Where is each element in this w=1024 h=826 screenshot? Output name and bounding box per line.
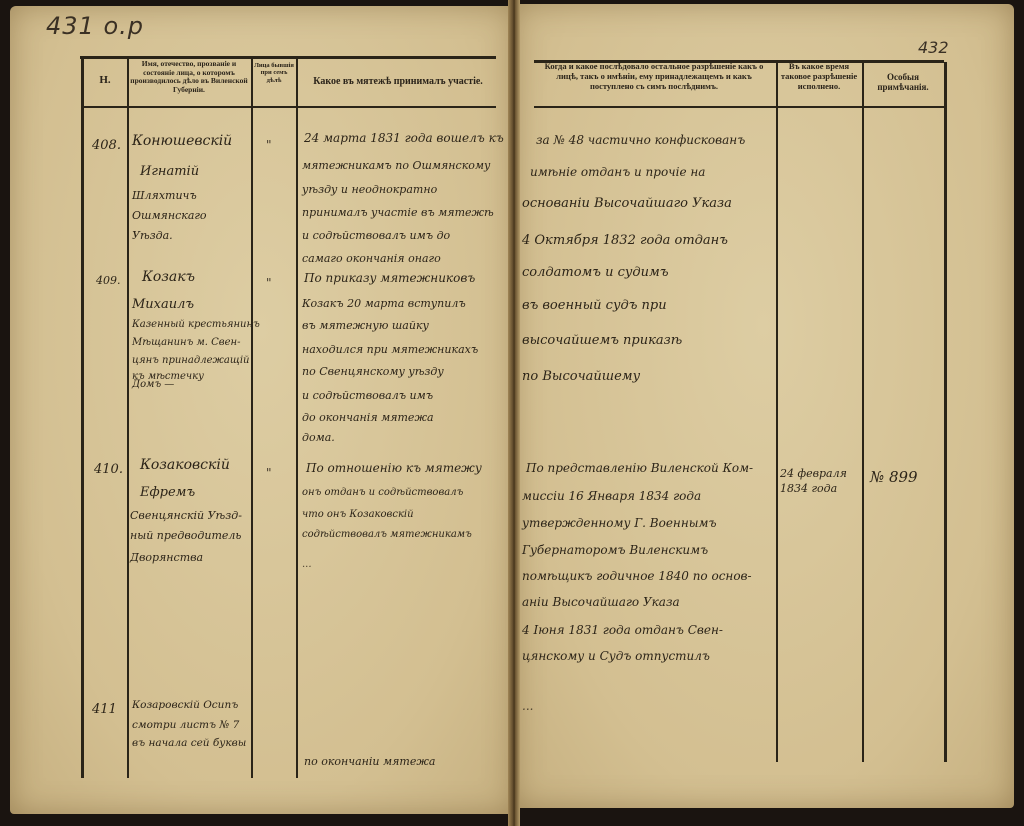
entry-participation: что онъ Козаковскій [302, 510, 414, 521]
entry-name: Домъ — [132, 380, 174, 391]
entry-note: № 899 [870, 470, 918, 486]
left-border [81, 58, 84, 778]
right-header-rule [534, 106, 944, 108]
entry-participation: ... [302, 560, 312, 571]
entry-name: Козакъ [142, 270, 195, 285]
left-header-rule [84, 106, 496, 108]
entry-name: Свенцянскій Уѣзд- [130, 510, 242, 522]
entry-number: 410. [94, 462, 123, 477]
entry-name: Ошмянскаго [132, 210, 207, 222]
col-header-persons: Лица бывшія при семъ дѣлѣ [253, 62, 295, 84]
entry-resolution: Губернаторомъ Виленскимъ [522, 544, 708, 557]
entry-resolution: имѣніе отданъ и прочіе на [530, 166, 705, 179]
entry-resolution: по Высочайшему [522, 370, 640, 384]
left-page [10, 6, 514, 814]
entry-participation: въ мятежную шайку [302, 320, 429, 332]
col-header-resolution: Когда и какое послѣдовало остальное разр… [534, 62, 774, 91]
entry-name: Шляхтичъ [132, 190, 197, 202]
entry-name: Игнатій [140, 165, 199, 179]
right-folio-number: 432 [918, 38, 949, 57]
entry-resolution: По представленію Виленской Ком- [526, 462, 753, 475]
entry-resolution: въ военный судъ при [522, 299, 667, 313]
col-divider [296, 58, 298, 778]
col-header-notes: Особыя примѣчанія. [864, 72, 942, 93]
entry-participation: уѣзду и неоднократно [302, 184, 437, 196]
entry-participation: принималъ участіе въ мятежѣ [302, 207, 494, 219]
entry-name: Михаилъ [132, 298, 194, 312]
right-border [944, 62, 947, 762]
entry-participation: самаго окончанія онаго [302, 253, 441, 265]
entry-resolution: высочайшемъ приказѣ [522, 334, 682, 348]
entry-name: Казенный крестьянинъ [132, 320, 260, 331]
entry-participation: дома. [302, 432, 335, 444]
entry-resolution: утвержденному Г. Военнымъ [522, 517, 716, 530]
col-divider [127, 58, 129, 778]
entry-resolution: миссіи 16 Января 1834 года [522, 490, 701, 503]
entry-resolution: основаніи Высочайшаго Указа [522, 197, 732, 211]
ditto-mark: " [266, 466, 272, 480]
entry-participation: онъ отданъ и содѣйствовалъ [302, 488, 463, 499]
entry-resolution: за № 48 частично конфискованъ [536, 134, 745, 147]
col-divider [862, 62, 864, 762]
col-header-executed: Въ какое время таковое разрѣшеніе исполн… [778, 62, 860, 91]
entry-name: Козаровскій Осипъ [132, 700, 238, 711]
entry-number: 409. [96, 274, 121, 287]
entry-name: Козаковскій [140, 458, 230, 473]
entry-participation: содѣйствовалъ мятежникамъ [302, 530, 472, 541]
entry-participation: и содѣйствовалъ имъ [302, 390, 433, 402]
book-spine [508, 0, 520, 826]
entry-participation: и содѣйствовалъ имъ до [302, 230, 450, 242]
entry-name: Ефремъ [140, 486, 195, 500]
entry-name: Мѣщанинъ м. Свен- [132, 338, 241, 349]
entry-resolution: 4 Іюня 1831 года отданъ Свен- [522, 624, 723, 637]
col-divider [776, 62, 778, 762]
entry-name: смотри листъ № 7 [132, 720, 239, 731]
entry-participation: по окончаніи мятежа [304, 756, 435, 768]
right-page [514, 4, 1014, 808]
entry-resolution: ... [522, 700, 533, 713]
col-header-n: Н. [86, 74, 124, 87]
entry-name: въ начала сей буквы [132, 738, 246, 749]
entry-participation: По отношенію къ мятежу [306, 462, 482, 475]
entry-participation: По приказу мятежниковъ [304, 272, 475, 285]
ledger-spread: 431 о.р 432 Н. Имя, отечество, прозваніе… [0, 0, 1024, 826]
col-header-name: Имя, отечество, прозваніе и состояніе ли… [129, 60, 249, 95]
ditto-mark: " [266, 276, 272, 290]
entry-number: 408. [92, 138, 121, 153]
entry-executed-date: 24 февраля 1834 года [780, 466, 860, 497]
entry-participation: находился при мятежникахъ [302, 344, 478, 356]
entry-name: Конюшевскій [132, 134, 232, 149]
entry-name: Уѣзда. [132, 230, 173, 242]
left-folio-number: 431 о.р [46, 12, 144, 40]
entry-resolution: солдатомъ и судимъ [522, 266, 669, 280]
entry-resolution: аніи Высочайшаго Указа [522, 596, 680, 609]
entry-name: цянъ принадлежащій [132, 356, 249, 367]
ditto-mark: " [266, 138, 272, 152]
entry-resolution: помѣщикъ годичное 1840 по основ- [522, 570, 752, 583]
entry-participation: по Свенцянскому уѣзду [302, 366, 444, 378]
entry-participation: Козакъ 20 марта вступилъ [302, 298, 466, 310]
entry-participation: мятежникамъ по Ошмянскому [302, 160, 490, 172]
entry-resolution: цянскому и Судъ отпустилъ [522, 650, 710, 663]
col-header-participation: Какое въ мятежѣ принималъ участіе. [300, 76, 496, 88]
entry-resolution: 4 Октября 1832 года отданъ [522, 234, 728, 248]
entry-name: ный предводитель [130, 530, 241, 542]
col-divider [251, 58, 253, 778]
entry-participation: до окончанія мятежа [302, 412, 434, 424]
entry-participation: 24 марта 1831 года вошелъ къ [304, 132, 504, 145]
entry-number: 411 [92, 702, 117, 717]
entry-name: Дворянства [130, 552, 203, 564]
